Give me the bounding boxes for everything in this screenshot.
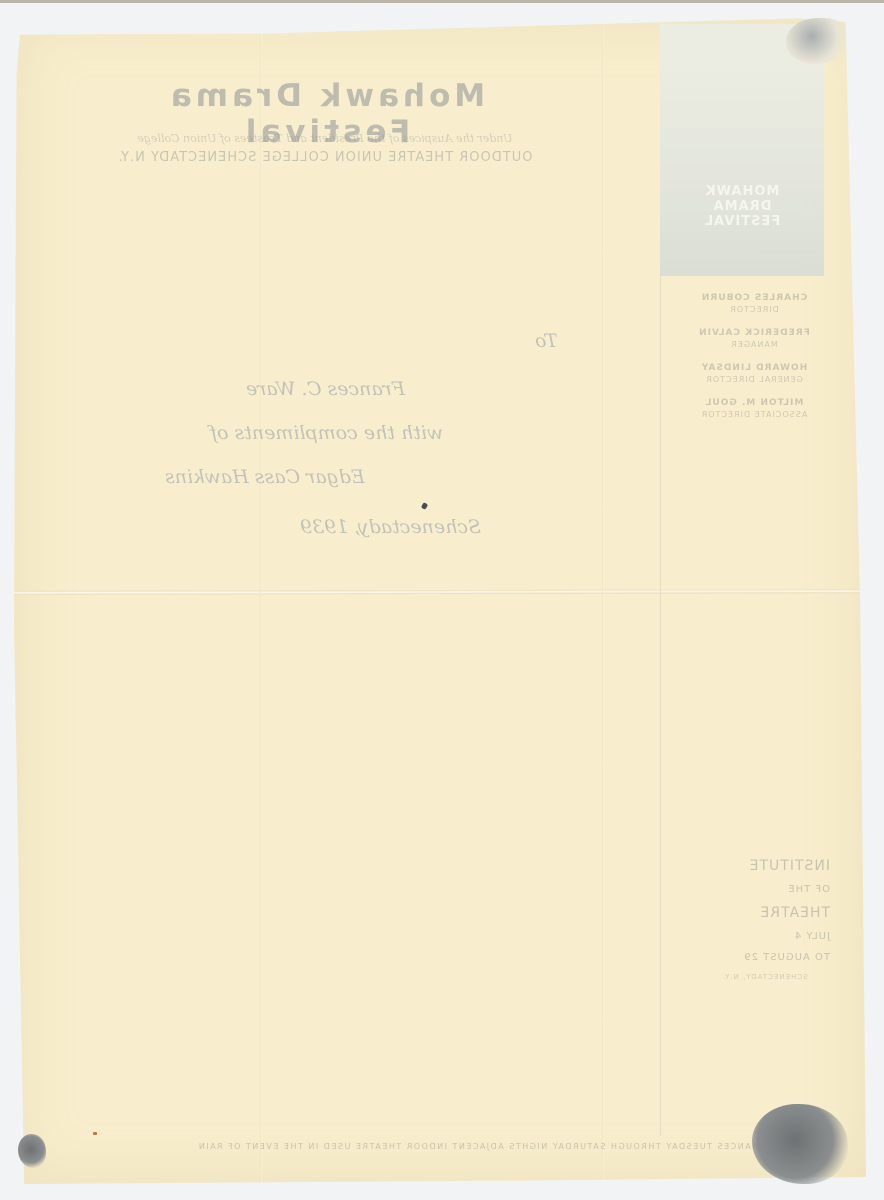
credit-name: HOWARD LINDSAY <box>701 363 807 373</box>
credit-name: FREDERICK CALVIN <box>698 328 810 338</box>
scan-top-edge <box>0 0 884 3</box>
handwritten-line: Schenectady, 1939 <box>300 516 481 538</box>
poster-line: MOHAWK <box>660 184 824 199</box>
letterhead-address: OUTDOOR THEATRE UNION COLLEGE SCHENECTAD… <box>90 150 560 165</box>
poster-text: MOHAWK DRAMA FESTIVAL <box>660 184 824 229</box>
credit-role: GENERAL DIRECTOR <box>705 375 802 384</box>
staff-credits: CHARLES COBURNDIRECTOR FREDERICK CALVINM… <box>664 292 844 432</box>
poster-line: FESTIVAL <box>660 214 824 229</box>
credit-entry: FREDERICK CALVINMANAGER <box>664 327 844 350</box>
ink-blot <box>18 1134 46 1168</box>
credit-role: MANAGER <box>730 340 778 349</box>
horizontal-fold-crease <box>14 589 866 595</box>
handwritten-line: To <box>535 330 558 352</box>
credit-role: DIRECTOR <box>729 305 778 314</box>
footer-notice: PERFORMANCES TUESDAY THROUGH SATURDAY NI… <box>40 1142 800 1151</box>
credit-entry: CHARLES COBURNDIRECTOR <box>664 292 844 315</box>
institute-block: INSTITUTE OF THE THEATRE JULY 4 TO AUGUS… <box>700 858 830 981</box>
credit-name: CHARLES COBURN <box>701 293 807 303</box>
credit-entry: MILTON M. GOULASSOCIATE DIRECTOR <box>664 397 844 420</box>
institute-footnote: SCHENECTADY, N.Y. <box>700 973 830 981</box>
institute-line: TO AUGUST 29 <box>700 952 830 963</box>
handwritten-line: with the compliments of <box>210 422 443 444</box>
festival-poster-image: MOHAWK DRAMA FESTIVAL <box>660 24 824 276</box>
institute-line: INSTITUTE <box>700 858 830 874</box>
institute-line: JULY 4 <box>700 931 830 942</box>
letterhead-subtitle: Under the Auspices of the President and … <box>90 132 560 145</box>
credit-role: ASSOCIATE DIRECTOR <box>701 410 808 419</box>
sidebar-rule <box>660 276 661 1136</box>
vertical-fold-crease <box>602 16 604 1184</box>
credit-entry: HOWARD LINDSAYGENERAL DIRECTOR <box>664 362 844 385</box>
handwritten-line: Frances C. Ware <box>246 378 405 400</box>
institute-line: THEATRE <box>700 905 830 921</box>
rust-speck <box>93 1132 97 1135</box>
handwritten-line: Edgar Cass Hawkins <box>165 466 365 488</box>
credit-name: MILTON M. GOUL <box>705 398 804 408</box>
poster-line: DRAMA <box>660 199 824 214</box>
institute-line: OF THE <box>700 884 830 895</box>
vertical-fold-crease <box>260 16 262 1184</box>
